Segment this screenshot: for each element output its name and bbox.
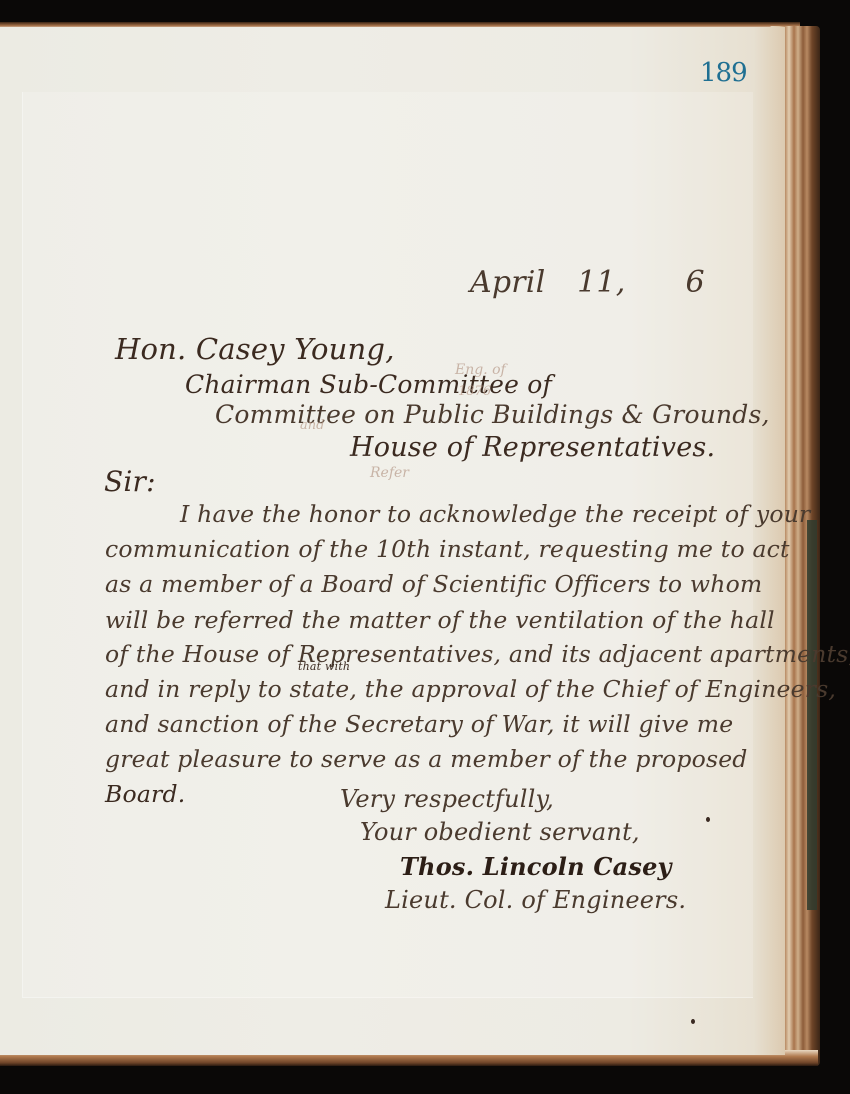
body-line: will be referred the matter of the venti…: [105, 606, 775, 634]
signature: Thos. Lincoln Casey: [400, 852, 672, 881]
scan-scene: 189 April 11,6 Hon. Casey Young, Chairma…: [0, 0, 850, 1094]
address-line-committee: Committee on Public Buildings & Grounds,: [215, 400, 770, 429]
ink-speck: [706, 817, 710, 822]
pencil-note-year: 1876: [458, 384, 491, 399]
letter-date: April 11,6: [470, 265, 705, 300]
closing-line: Very respectfully,: [340, 785, 554, 813]
signatory-title: Lieut. Col. of Engineers.: [385, 886, 686, 914]
pencil-note: and: [300, 418, 324, 433]
ink-speck: [691, 1019, 695, 1024]
body-line: and in reply to state, the approval of t…: [105, 675, 836, 703]
date-month-day: April 11,: [470, 265, 625, 300]
body-line: as a member of a Board of Scientific Off…: [105, 570, 762, 598]
body-line: Board.: [105, 780, 185, 808]
salutation: Sir:: [104, 465, 156, 498]
body-line: and sanction of the Secretary of War, it…: [105, 710, 733, 738]
interlinear-insertion: that with: [298, 660, 350, 673]
pencil-note: Refer: [370, 465, 409, 481]
address-line-house: House of Representatives.: [350, 432, 715, 463]
pencil-note: Eng. of: [455, 362, 506, 378]
closing-line: Your obedient servant,: [360, 818, 640, 846]
body-line: great pleasure to serve as a member of t…: [105, 745, 748, 773]
date-year: 6: [685, 265, 704, 300]
address-line-recipient: Hon. Casey Young,: [115, 332, 395, 366]
body-line: communication of the 10th instant, reque…: [105, 535, 790, 563]
body-line: of the House of Representatives, and its…: [105, 640, 850, 668]
folio-number: 189: [700, 58, 747, 88]
book-cover-strip: [807, 520, 817, 910]
body-line: I have the honor to acknowledge the rece…: [180, 500, 810, 528]
